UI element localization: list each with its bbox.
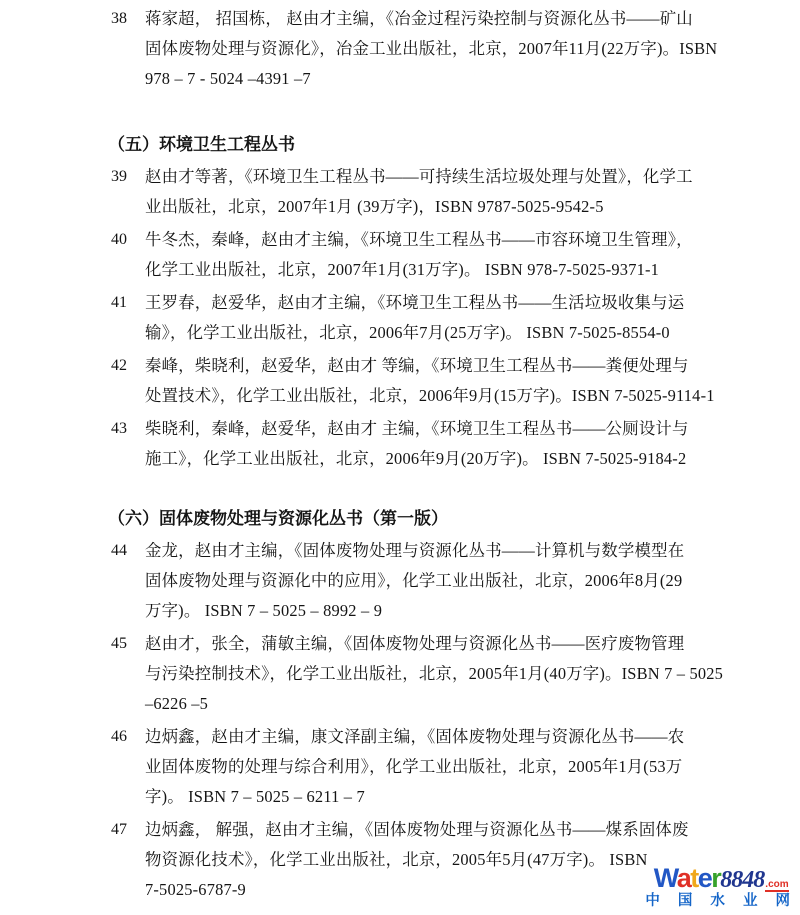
water8848-logo: Water8848.com 中 国 水 业 网: [645, 865, 797, 909]
bibliography-entry-44: 44 金龙，赵由才主编，《固体废物处理与资源化丛书——计算机与数学模型在 固体废…: [0, 536, 800, 626]
water8848-wordmark: Water8848.com: [645, 865, 797, 892]
entry-line: 固体废物处理与资源化中的应用》，化学工业出版社，北京，2006年8月(29: [145, 566, 800, 596]
entry-line: 边炳鑫， 解强，赵由才主编，《固体废物处理与资源化丛书——煤系固体废: [145, 815, 800, 845]
section-header-5: （五）环境卫生工程丛书: [0, 130, 800, 160]
entry-line: 978 – 7 - 5024 –4391 –7: [145, 64, 800, 94]
entry-number: 45: [111, 629, 127, 659]
entry-line: –6226 –5: [145, 689, 800, 719]
brand-letter-e: e: [698, 863, 712, 893]
entry-line: 牛冬杰，秦峰，赵由才主编，《环境卫生工程丛书——市容环境卫生管理》，: [145, 225, 800, 255]
entry-line: 赵由才等著，《环境卫生工程丛书——可持续生活垃圾处理与处置》，化学工: [145, 162, 800, 192]
entry-line: 施工》，化学工业出版社，北京，2006年9月(20万字)。 ISBN 7-502…: [145, 444, 800, 474]
bibliography-entry-38: 38 蒋家超， 招国栋， 赵由才主编，《冶金过程污染控制与资源化丛书——矿山 固…: [0, 4, 800, 94]
entry-line: 蒋家超， 招国栋， 赵由才主编，《冶金过程污染控制与资源化丛书——矿山: [145, 4, 800, 34]
entry-number: 41: [111, 288, 127, 318]
entry-line: 金龙，赵由才主编，《固体废物处理与资源化丛书——计算机与数学模型在: [145, 536, 800, 566]
entry-number: 38: [111, 4, 127, 34]
entry-line: 字)。 ISBN 7 – 5025 – 6211 – 7: [145, 782, 800, 812]
document-page: 38 蒋家超， 招国栋， 赵由才主编，《冶金过程污染控制与资源化丛书——矿山 固…: [0, 0, 800, 915]
entry-line: 赵由才，张全，蒲敏主编，《固体废物处理与资源化丛书——医疗废物管理: [145, 629, 800, 659]
entry-number: 43: [111, 414, 127, 444]
entry-number: 42: [111, 351, 127, 381]
entry-number: 44: [111, 536, 127, 566]
bibliography-entry-39: 39 赵由才等著，《环境卫生工程丛书——可持续生活垃圾处理与处置》，化学工 业出…: [0, 162, 800, 222]
bibliography-entry-41: 41 王罗春，赵爱华，赵由才主编，《环境卫生工程丛书——生活垃圾收集与运 输》，…: [0, 288, 800, 348]
brand-letter-a: a: [677, 863, 691, 893]
brand-tld-com: .com: [765, 879, 788, 892]
brand-letter-t: t: [690, 863, 698, 893]
logo-subtitle-china-water: 中 国 水 业 网: [645, 894, 797, 909]
bibliography-entry-40: 40 牛冬杰，秦峰，赵由才主编，《环境卫生工程丛书——市容环境卫生管理》， 化学…: [0, 225, 800, 285]
entry-line: 王罗春，赵爱华，赵由才主编，《环境卫生工程丛书——生活垃圾收集与运: [145, 288, 800, 318]
entry-line: 秦峰，柴晓利，赵爱华，赵由才 等编，《环境卫生工程丛书——粪便处理与: [145, 351, 800, 381]
bibliography-entry-46: 46 边炳鑫，赵由才主编，康文泽副主编，《固体废物处理与资源化丛书——农 业固体…: [0, 722, 800, 812]
entry-line: 业出版社，北京，2007年1月 (39万字)，ISBN 9787-5025-95…: [145, 192, 800, 222]
brand-letter-r: r: [711, 863, 720, 893]
bibliography-entry-43: 43 柴晓利，秦峰，赵爱华，赵由才 主编，《环境卫生工程丛书——公厕设计与 施工…: [0, 414, 800, 474]
entry-line: 与污染控制技术》，化学工业出版社，北京，2005年1月(40万字)。ISBN 7…: [145, 659, 800, 689]
entry-number: 39: [111, 162, 127, 192]
brand-number-8848: 8848: [720, 867, 764, 893]
entry-number: 47: [111, 815, 127, 845]
section-header-6: （六）固体废物处理与资源化丛书（第一版）: [0, 504, 800, 534]
entry-line: 业固体废物的处理与综合利用》，化学工业出版社，北京，2005年1月(53万: [145, 752, 800, 782]
entry-line: 边炳鑫，赵由才主编，康文泽副主编，《固体废物处理与资源化丛书——农: [145, 722, 800, 752]
entry-line: 处置技术》，化学工业出版社，北京，2006年9月(15万字)。ISBN 7-50…: [145, 381, 800, 411]
bibliography-entry-45: 45 赵由才，张全，蒲敏主编，《固体废物处理与资源化丛书——医疗废物管理 与污染…: [0, 629, 800, 719]
entry-number: 46: [111, 722, 127, 752]
bibliography-entry-42: 42 秦峰，柴晓利，赵爱华，赵由才 等编，《环境卫生工程丛书——粪便处理与 处置…: [0, 351, 800, 411]
entry-line: 柴晓利，秦峰，赵爱华，赵由才 主编，《环境卫生工程丛书——公厕设计与: [145, 414, 800, 444]
brand-letter-w: W: [654, 863, 677, 893]
entry-line: 输》，化学工业出版社，北京，2006年7月(25万字)。 ISBN 7-5025…: [145, 318, 800, 348]
entry-number: 40: [111, 225, 127, 255]
entry-line: 化学工业出版社，北京，2007年1月(31万字)。 ISBN 978-7-502…: [145, 255, 800, 285]
entry-line: 万字)。 ISBN 7 – 5025 – 8992 – 9: [145, 596, 800, 626]
entry-line: 固体废物处理与资源化》，冶金工业出版社，北京，2007年11月(22万字)。IS…: [145, 34, 800, 64]
